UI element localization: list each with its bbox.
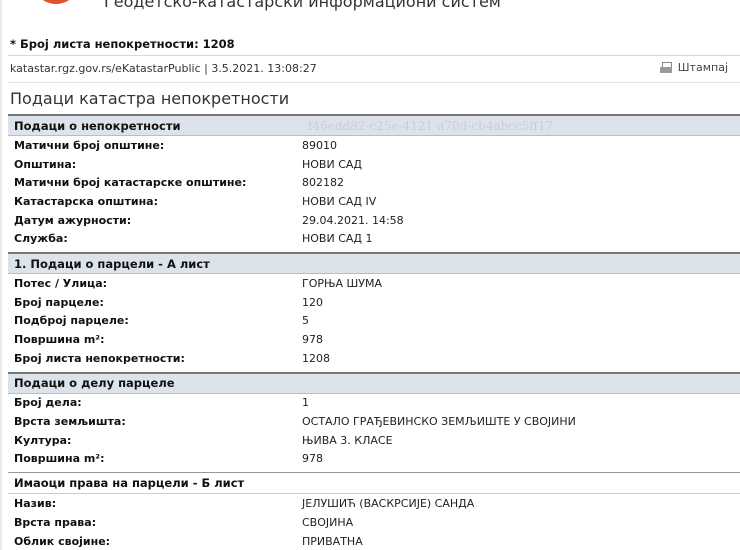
field-value: НОВИ САД — [302, 158, 362, 171]
field-value: ОСТАЛО ГРАЂЕВИНСКО ЗЕМЉИШТЕ У СВОЈИНИ — [302, 415, 576, 428]
table-row: Назив:ЈЕЛУШИЋ (ВАСКРСИЈЕ) САНДА — [8, 494, 740, 513]
table-row: Врста земљишта:ОСТАЛО ГРАЂЕВИНСКО ЗЕМЉИШ… — [8, 412, 740, 431]
section-title: Подаци о делу парцеле — [14, 376, 175, 390]
field-label: Облик својине: — [8, 535, 302, 548]
table-row: Матични број катастарске општине:802182 — [8, 173, 740, 192]
section-title: Имаоци права на парцели - Б лист — [14, 476, 244, 490]
field-value: 89010 — [302, 139, 337, 152]
section-header-property: Подаци о непокретности f46edd82-c25e-412… — [8, 114, 740, 136]
field-value: ЈЕЛУШИЋ (ВАСКРСИЈЕ) САНДА — [302, 497, 474, 510]
table-row: Катастарска општина:НОВИ САД IV — [8, 192, 740, 211]
field-value: 29.04.2021. 14:58 — [302, 214, 404, 227]
field-value: ПРИВАТНА — [302, 535, 363, 548]
parcel-part-rows: Број дела:1 Врста земљишта:ОСТАЛО ГРАЂЕВ… — [8, 394, 740, 469]
field-value: 1 — [302, 396, 309, 409]
table-row: Култура:ЊИВА 3. КЛАСЕ — [8, 431, 740, 450]
cadastre-data: Подаци о непокретности f46edd82-c25e-412… — [8, 114, 740, 550]
owners-rows: Назив:ЈЕЛУШИЋ (ВАСКРСИЈЕ) САНДА Врста пр… — [8, 494, 740, 550]
table-row: Датум ажурности:29.04.2021. 14:58 — [8, 211, 740, 230]
table-row: Служба:НОВИ САД 1 — [8, 229, 740, 248]
field-label: Површина m²: — [8, 452, 302, 465]
field-value: ЊИВА 3. КЛАСЕ — [302, 434, 393, 447]
table-row: Врста права:СВОЈИНА — [8, 513, 740, 532]
field-label: Назив: — [8, 497, 302, 510]
table-row: Општина:НОВИ САД — [8, 155, 740, 174]
field-label: Општина: — [8, 158, 302, 171]
field-label: Потес / Улица: — [8, 277, 302, 290]
table-row: Број листа непокретности:1208 — [8, 349, 740, 368]
print-button[interactable]: Штампај — [660, 61, 728, 74]
field-label: Број парцеле: — [8, 296, 302, 309]
property-guid: f46edd82-c25e-4121-a70d-cb4abcc5ff17 — [308, 119, 553, 133]
printer-icon — [660, 62, 672, 74]
field-value: СВОЈИНА — [302, 516, 353, 529]
field-value: 120 — [302, 296, 323, 309]
table-row: Подброј парцеле:5 — [8, 312, 740, 331]
field-label: Број дела: — [8, 396, 302, 409]
page: Геодетско-катастарски информациони систе… — [0, 0, 740, 550]
section-header-owners: Имаоци права на парцели - Б лист — [8, 472, 740, 494]
field-label: Служба: — [8, 232, 302, 245]
field-value: 5 — [302, 314, 309, 327]
section-title: Подаци о непокретности — [14, 119, 181, 133]
section-header-parcel-part: Подаци о делу парцеле — [8, 372, 740, 394]
field-value: 802182 — [302, 176, 344, 189]
field-value: 978 — [302, 452, 323, 465]
divider — [8, 82, 740, 83]
rgz-logo-icon — [32, 0, 80, 4]
field-label: Датум ажурности: — [8, 214, 302, 227]
print-label: Штампај — [678, 61, 728, 74]
field-label: Површина m²: — [8, 333, 302, 346]
field-label: Катастарска општина: — [8, 195, 302, 208]
field-value: НОВИ САД 1 — [302, 232, 373, 245]
table-row: Облик својине:ПРИВАТНА — [8, 532, 740, 550]
field-label: Врста права: — [8, 516, 302, 529]
field-value: НОВИ САД IV — [302, 195, 376, 208]
divider — [8, 55, 740, 56]
field-label: Култура: — [8, 434, 302, 447]
site-title: Геодетско-катастарски информациони систе… — [104, 0, 501, 11]
table-row: Површина m²:978 — [8, 330, 740, 349]
source-and-timestamp: katastar.rgz.gov.rs/eKatastarPublic | 3.… — [10, 62, 317, 75]
table-row: Број парцеле:120 — [8, 293, 740, 312]
list-number-heading: * Број листа непокретности: 1208 — [10, 37, 235, 51]
property-rows: Матични број општине:89010 Општина:НОВИ … — [8, 136, 740, 248]
field-value: ГОРЊА ШУМА — [302, 277, 382, 290]
field-value: 1208 — [302, 352, 330, 365]
field-label: Врста земљишта: — [8, 415, 302, 428]
field-value: 978 — [302, 333, 323, 346]
table-row: Површина m²:978 — [8, 450, 740, 469]
section-title: 1. Подаци о парцели - А лист — [14, 257, 210, 271]
section-header-parcel: 1. Подаци о парцели - А лист — [8, 252, 740, 274]
parcel-rows: Потес / Улица:ГОРЊА ШУМА Број парцеле:12… — [8, 274, 740, 367]
field-label: Подброј парцеле: — [8, 314, 302, 327]
field-label: Матични број катастарске општине: — [8, 176, 302, 189]
table-row: Број дела:1 — [8, 394, 740, 413]
page-title: Подаци катастра непокретности — [10, 89, 289, 108]
field-label: Број листа непокретности: — [8, 352, 302, 365]
table-row: Матични број општине:89010 — [8, 136, 740, 155]
table-row: Потес / Улица:ГОРЊА ШУМА — [8, 274, 740, 293]
field-label: Матични број општине: — [8, 139, 302, 152]
